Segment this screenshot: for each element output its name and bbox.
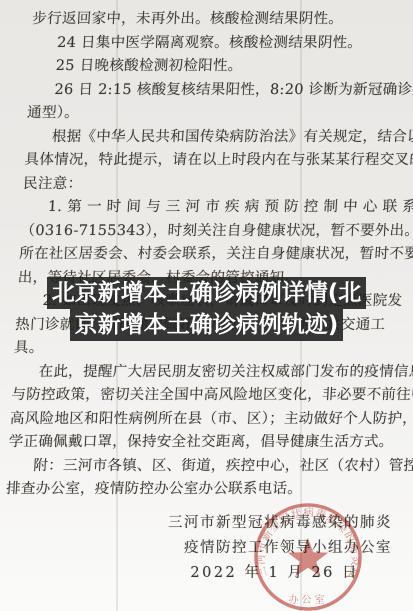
document-line: 高风险地区和阳性病例所在县（市、区）；主动做好个人防护，科 — [9, 408, 413, 432]
document-line: 具体情况，特此提示，请在以上时段内在与张某某行程交叉的市 — [24, 149, 413, 173]
document-line: （0316-7155343），时刻关注自身健康状况，暂不要外出。及时与 — [20, 220, 413, 244]
scanned-notice-photo: 步行返回家中，未再外出。核酸检测结果阴性。24 日集中医学隔离观察。核酸检测结果… — [0, 0, 413, 611]
document-line: 在此，提醒广大居民朋友密切关注权威部门发布的疫情信息 — [12, 361, 413, 385]
document-line: 通型）。 — [26, 102, 413, 126]
signature-org-line1: 三河市新型冠状病毒感染的肺炎 — [168, 511, 392, 536]
document-line: 民注意： — [22, 173, 413, 197]
document-line: 与防控政策，密切关注全国中高风险地区变化，非必要不前往中 — [11, 384, 413, 408]
document-line: 所在社区居委会、村委会联系，关注自身健康状况，暂时不要外 — [19, 243, 413, 267]
document-line: 附：三河市各镇、区、街道，疾控中心，社区（农村）管控 — [7, 455, 413, 479]
document-line: 排查办公室，疫情防控办公室办公联系电话。 — [5, 478, 413, 502]
document-line: 24 日集中医学隔离观察。核酸检测结果阴性。 — [30, 32, 413, 56]
caption-line-2: 京新增本土确诊病例轨迹) — [0, 309, 413, 341]
caption-line-1-text: 北京新增本土确诊病例详情(北 — [47, 277, 367, 309]
caption-line-2-text: 京新增本土确诊病例轨迹) — [70, 309, 344, 341]
caption-line-1: 北京新增本土确诊病例详情(北 — [0, 277, 413, 309]
document-line: 25 日晚核酸检测初检阳性。 — [29, 55, 413, 79]
document-line: 根据《中华人民共和国传染病防治法》有关规定，结合以上 — [25, 126, 413, 150]
signature-date: 2022 年 1 月 26 日 — [168, 561, 359, 586]
document-line: 1. 第 一 时 间 与 三 河 市 疾 病 预 防 控 制 中 心 联 系 — [21, 196, 413, 220]
document-line: 学正确佩戴口罩，保持安全社交距离，倡导健康生活方式。 — [8, 431, 413, 455]
signature-org-line2: 疫情防控工作领导小组办公室 — [168, 536, 392, 561]
seal-bottom-text: 办公室 — [289, 593, 328, 606]
document-line: 26 日 2:15 核酸复核结果阳性，8:20 诊断为新冠确诊病例（普 — [28, 79, 413, 103]
document-line: 步行返回家中，未再外出。核酸检测结果阴性。 — [32, 8, 413, 32]
caption-overlay-banner: 北京新增本土确诊病例详情(北 京新增本土确诊病例轨迹) — [0, 277, 413, 341]
signature-block: 三河市新型冠状病毒感染的肺炎 疫情防控工作领导小组办公室 2022 年 1 月 … — [168, 511, 392, 586]
document-lines: 步行返回家中，未再外出。核酸检测结果阴性。24 日集中医学隔离观察。核酸检测结果… — [0, 8, 413, 502]
